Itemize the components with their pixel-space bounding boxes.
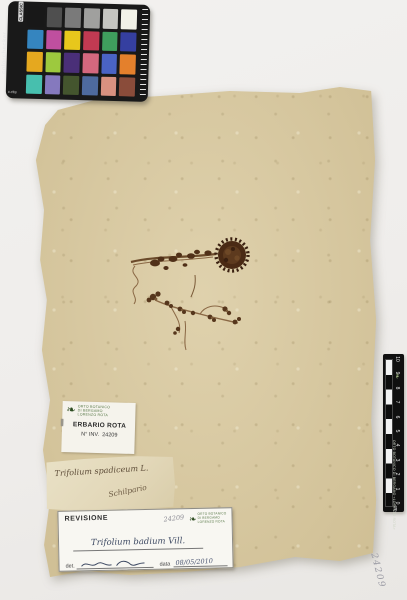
staple bbox=[61, 419, 63, 426]
historic-species-text: Trifolium spadiceum L. bbox=[54, 463, 148, 478]
color-patch-r2c0 bbox=[26, 52, 42, 72]
date-line: 08/05/2010 bbox=[173, 556, 227, 568]
color-checker-edition: CLASSIC bbox=[18, 2, 24, 22]
ruler-number-10: 10 bbox=[394, 354, 400, 364]
color-checker-side-strip: CLASSIC colorchecker x-rite bbox=[6, 1, 24, 98]
revision-handwritten-number: 24209 bbox=[163, 513, 185, 524]
color-patch-r1c2 bbox=[64, 30, 80, 50]
ruler-number-7: 7 bbox=[394, 397, 400, 407]
revision-title: REVISIONE bbox=[64, 514, 163, 523]
color-patch-r3c1 bbox=[44, 75, 60, 95]
pressed-plant-specimen bbox=[125, 225, 285, 355]
color-patch-r3c4 bbox=[100, 76, 116, 96]
logo-line: LORENZO ROTA bbox=[78, 413, 110, 418]
leaf-logo-icon: ❧ bbox=[393, 373, 401, 379]
color-patch-r2c2 bbox=[64, 53, 80, 73]
color-patch-r3c0 bbox=[26, 74, 42, 94]
color-patch-r0c1 bbox=[46, 7, 62, 27]
color-patch-grid bbox=[21, 1, 143, 101]
color-patch-r2c4 bbox=[101, 54, 117, 74]
color-patch-r0c5 bbox=[121, 9, 137, 29]
color-checker-tick-strip bbox=[140, 9, 148, 98]
color-patch-r1c0 bbox=[27, 29, 43, 49]
color-patch-r2c5 bbox=[120, 54, 136, 74]
scale-bar-unit: cm bbox=[394, 506, 399, 512]
ruler-number-6: 6 bbox=[394, 412, 400, 422]
xrite-logo: x-rite bbox=[8, 89, 17, 94]
scale-bar-institution: ORTO BOTANICO DI BERGAMO «LORENZO ROTA» bbox=[392, 440, 396, 530]
historic-handwritten-label: Trifolium spadiceum L. Schilpario bbox=[45, 455, 176, 513]
color-patch-r1c1 bbox=[46, 30, 62, 50]
det-signature-line bbox=[77, 557, 154, 570]
color-checker-brand: colorchecker bbox=[1, 32, 8, 74]
logo-line: LORENZO ROTA bbox=[198, 520, 227, 524]
det-field-label: det. bbox=[65, 564, 74, 570]
color-patch-r0c0 bbox=[28, 7, 44, 27]
revision-date: 08/05/2010 bbox=[175, 557, 213, 567]
flower-head bbox=[216, 239, 248, 271]
color-patch-r3c2 bbox=[63, 75, 79, 95]
color-patch-r1c5 bbox=[120, 32, 136, 52]
color-patch-r2c3 bbox=[82, 53, 98, 73]
color-checker-chart: CLASSIC colorchecker x-rite bbox=[6, 1, 151, 102]
scale-bar: 012345678910 ❧ ORTO BOTANICO DI BERGAMO … bbox=[383, 354, 404, 512]
det-signature bbox=[79, 557, 149, 570]
herbarium-name: ERBARIO ROTA bbox=[66, 421, 133, 430]
leaf-logo-icon: ❧ bbox=[66, 405, 75, 415]
color-patch-r3c5 bbox=[119, 77, 135, 97]
revision-label: REVISIONE 24209 ❧ ORTO BOTANICO DI BERGA… bbox=[57, 507, 233, 572]
color-patch-r0c4 bbox=[102, 9, 118, 29]
color-patch-r2c1 bbox=[45, 52, 61, 72]
ruler-number-8: 8 bbox=[394, 383, 400, 393]
color-patch-r1c3 bbox=[83, 31, 99, 51]
historic-locality-text: Schilpario bbox=[108, 483, 148, 499]
ruler-number-5: 5 bbox=[394, 426, 400, 436]
leaf-logo-icon: ❧ bbox=[189, 514, 197, 524]
color-patch-r0c2 bbox=[65, 8, 81, 28]
inventory-label: ❧ ORTO BOTANICO DI BERGAMO LORENZO ROTA … bbox=[61, 401, 135, 454]
color-patch-r1c4 bbox=[102, 31, 118, 51]
lower-sprig bbox=[147, 291, 241, 350]
revised-species-name: Trifolium badium Vill. bbox=[91, 537, 185, 549]
date-field-label: data bbox=[160, 562, 171, 568]
herbarium-photo: CLASSIC colorchecker x-rite 012345678910… bbox=[0, 0, 407, 600]
color-patch-r3c3 bbox=[82, 76, 98, 96]
color-patch-r0c3 bbox=[84, 8, 100, 28]
inventory-number: N° INV. 24209 bbox=[66, 431, 133, 439]
root-tendril bbox=[133, 266, 138, 304]
